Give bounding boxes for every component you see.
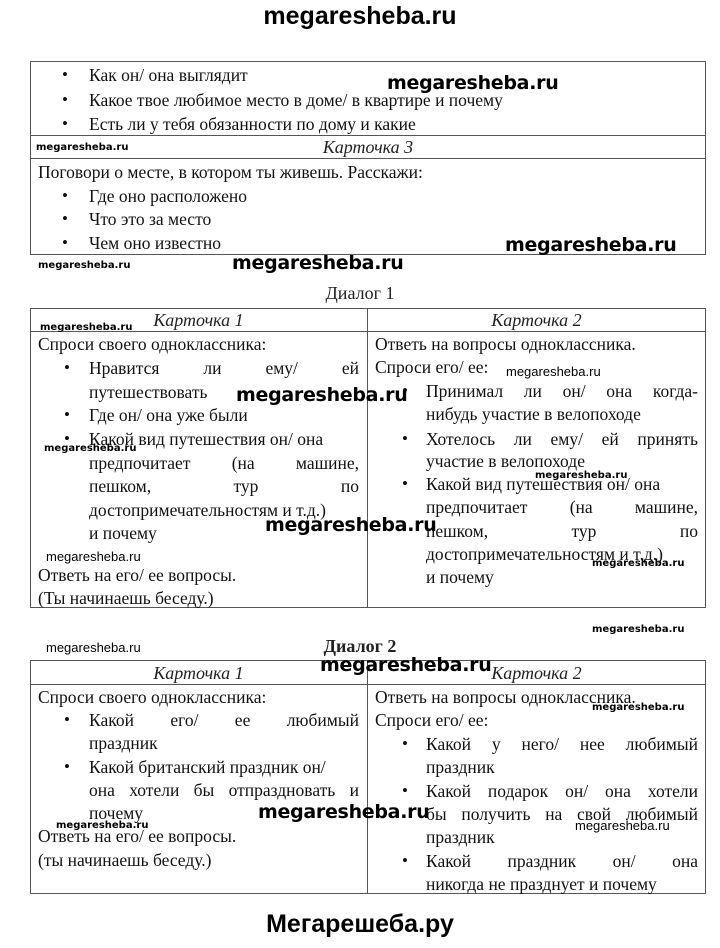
- word: (на: [232, 451, 255, 475]
- word: Нравится: [89, 356, 159, 380]
- watermark: megaresheba.ru: [232, 252, 403, 274]
- dialog1-card1-intro: Спроси своего одноклассника:: [38, 332, 266, 356]
- word: Хотелось: [426, 427, 495, 451]
- bullet-icon: •: [64, 755, 70, 779]
- dialog1-card2-title: Карточка 2: [367, 309, 706, 331]
- word: ему/: [265, 356, 297, 380]
- word: Принимал: [426, 379, 503, 403]
- list-item: Какой у него/ нее любимый: [426, 732, 698, 756]
- list-item: Как он/ она выглядит: [89, 63, 248, 87]
- dialog1-card2-intro: Спроси его/ ее:: [375, 355, 488, 379]
- word: ее: [235, 708, 251, 732]
- list-item: Какой его/ ее любимый: [89, 708, 359, 732]
- word: Какой: [426, 779, 471, 803]
- site-footer[interactable]: Мегарешеба.ру: [0, 910, 720, 939]
- dialog1-card2-intro: Ответь на вопросы одноклассника.: [375, 332, 636, 356]
- watermark: megaresheba.ru: [40, 322, 132, 333]
- list-item: она хотели бы отпраздновать и: [89, 778, 359, 802]
- dialog2-card2-intro: Спроси его/ ее:: [375, 708, 488, 732]
- watermark: megaresheba.ru: [38, 260, 130, 271]
- bullet-icon: •: [62, 231, 68, 255]
- word: него/: [521, 732, 559, 756]
- word: он/: [565, 779, 588, 803]
- list-item: Хотелось ли ему/ ей принять: [426, 427, 698, 451]
- watermark: megaresheba.ru: [44, 443, 136, 454]
- list-item: пешком, тур по: [426, 519, 698, 543]
- list-item: Что это за место: [89, 207, 211, 231]
- watermark: megaresheba.ru: [592, 702, 684, 713]
- word: она: [672, 849, 698, 873]
- card3-title: Карточка 3: [30, 136, 706, 158]
- word: у: [492, 732, 501, 756]
- list-item: и почему: [426, 565, 494, 589]
- word: подарок: [488, 779, 548, 803]
- word: хотели: [129, 778, 179, 802]
- list-item: пешком, тур по: [89, 474, 359, 498]
- list-item: праздник: [426, 825, 495, 849]
- watermark: megaresheba.ru: [236, 384, 407, 406]
- bullet-icon: •: [402, 849, 408, 873]
- list-item: Какой подарок он/ она хотели: [426, 779, 698, 803]
- bullet-icon: •: [402, 732, 408, 756]
- list-item: праздник: [89, 731, 158, 755]
- list-item: Где он/ она уже были: [89, 403, 248, 427]
- list-item: путешествовать: [89, 380, 208, 404]
- watermark: megaresheba.ru: [535, 470, 627, 481]
- dialog2-card1-intro: Спроси своего одноклассника:: [38, 685, 266, 709]
- word: по: [341, 474, 359, 498]
- list-item: Есть ли у тебя обязанности по дому и как…: [89, 112, 416, 136]
- word: он/: [613, 849, 636, 873]
- bullet-icon: •: [62, 184, 68, 208]
- word: когда-: [653, 379, 698, 403]
- divider: [367, 660, 368, 894]
- word: Какой: [426, 849, 471, 873]
- bullet-icon: •: [402, 427, 408, 451]
- list-item: праздник: [426, 755, 495, 779]
- list-item: и почему: [89, 521, 157, 545]
- word: он/: [563, 379, 586, 403]
- list-item: Принимал ли он/ она когда-: [426, 379, 698, 403]
- word: хотели: [648, 779, 698, 803]
- divider: [367, 308, 368, 608]
- dialog1-title: Диалог 1: [0, 283, 720, 304]
- word: ли: [203, 356, 221, 380]
- bullet-icon: •: [62, 88, 68, 112]
- word: принять: [637, 427, 698, 451]
- dialog2-card1-title: Карточка 1: [30, 662, 367, 684]
- word: (на: [570, 495, 593, 519]
- word: любимый: [287, 708, 359, 732]
- word: ли: [524, 379, 542, 403]
- watermark: megaresheba.ru: [36, 142, 128, 153]
- word: машине,: [296, 451, 359, 475]
- watermark: megaresheba.ru: [320, 654, 491, 676]
- word: ли: [514, 427, 532, 451]
- bullet-icon: •: [402, 472, 408, 496]
- dialog2-card1-outro: (ты начинаешь беседу.): [38, 848, 211, 872]
- bullet-icon: •: [64, 356, 70, 380]
- bullet-icon: •: [64, 403, 70, 427]
- word: нее: [580, 732, 605, 756]
- word: ему/: [551, 427, 583, 451]
- word: получить: [461, 802, 530, 826]
- bullet-icon: •: [62, 112, 68, 136]
- divider: [30, 158, 706, 159]
- watermark: megaresheba.ru: [258, 801, 429, 823]
- word: тур: [572, 519, 597, 543]
- list-item: Какой британский праздник он/: [89, 755, 326, 779]
- word: бы: [194, 778, 215, 802]
- word: праздник: [507, 849, 576, 873]
- list-item: никогда не празднует и почему: [426, 872, 657, 896]
- watermark: megaresheba.ru: [46, 640, 141, 655]
- word: она: [89, 778, 115, 802]
- word: любимый: [626, 732, 698, 756]
- watermark: megaresheba.ru: [592, 624, 684, 635]
- word: ей: [342, 356, 359, 380]
- list-item: предпочитает (на машине,: [89, 451, 359, 475]
- word: тур: [234, 474, 259, 498]
- list-item: Чем оно известно: [89, 231, 221, 255]
- watermark: megaresheba.ru: [506, 364, 601, 379]
- word: отпраздновать: [229, 778, 336, 802]
- word: и: [350, 778, 359, 802]
- watermark: megaresheba.ru: [387, 72, 558, 94]
- watermark: megaresheba.ru: [265, 514, 436, 536]
- bullet-icon: •: [62, 207, 68, 231]
- bullet-icon: •: [64, 708, 70, 732]
- word: она: [605, 779, 631, 803]
- list-item: Какой праздник он/ она: [426, 849, 698, 873]
- dialog1-card1-outro: Ответь на его/ ее вопросы.: [38, 563, 236, 587]
- bullet-icon: •: [62, 63, 68, 87]
- dialog1-card1-outro: (Ты начинаешь беседу.): [38, 586, 214, 610]
- card3-intro: Поговори о месте, в котором ты живешь. Р…: [38, 160, 423, 184]
- watermark: megaresheba.ru: [505, 234, 676, 256]
- word: предпочитает: [426, 495, 527, 519]
- word: машине,: [635, 495, 698, 519]
- site-header[interactable]: megaresheba.ru: [0, 2, 720, 31]
- list-item: нибудь участие в велопоходе: [426, 402, 641, 426]
- word: Какой: [89, 708, 134, 732]
- word: его/: [170, 708, 198, 732]
- watermark: megaresheba.ru: [56, 820, 148, 831]
- list-item: Нравится ли ему/ ей: [89, 356, 359, 380]
- word: пешком,: [89, 474, 151, 498]
- word: предпочитает: [89, 451, 190, 475]
- list-item: предпочитает (на машине,: [426, 495, 698, 519]
- list-item: Где оно расположено: [89, 184, 247, 208]
- watermark: megaresheba.ru: [46, 549, 141, 564]
- word: по: [680, 519, 698, 543]
- bullet-icon: •: [402, 779, 408, 803]
- word: ей: [602, 427, 619, 451]
- word: Какой: [426, 732, 471, 756]
- word: она: [606, 379, 632, 403]
- watermark: megaresheba.ru: [592, 558, 684, 569]
- word: на: [545, 802, 562, 826]
- watermark: megaresheba.ru: [575, 818, 670, 833]
